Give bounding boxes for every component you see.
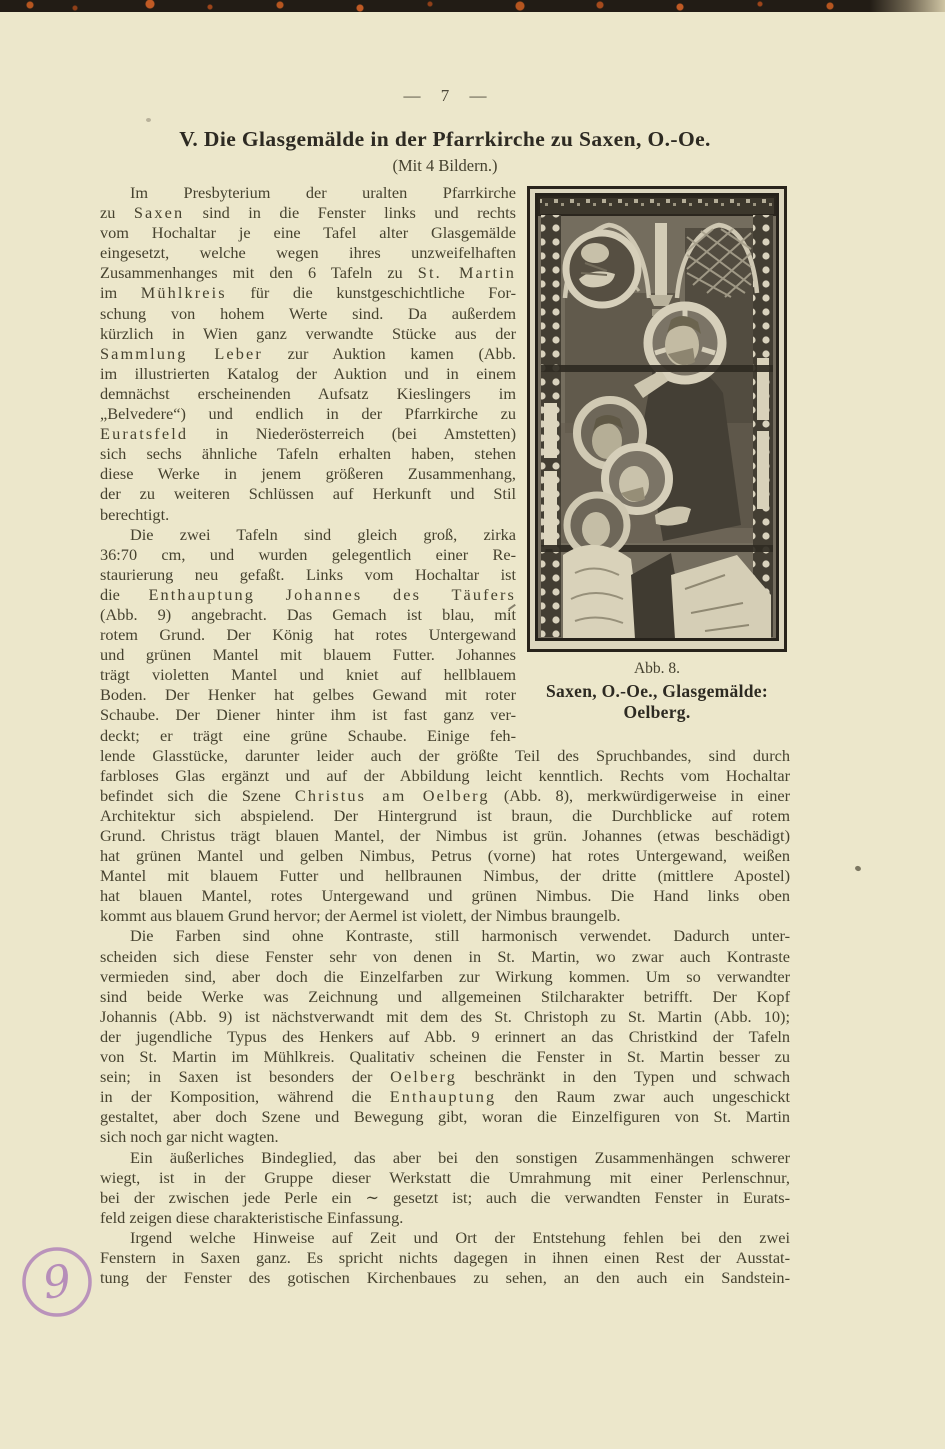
- emphasized-text: Christus am Oelberg: [295, 786, 490, 805]
- text-line: bei der zwischen jede Perle ein ∼ gesetz…: [100, 1188, 790, 1208]
- text-segment: hat blauen Mantel, rotes Untergewand und…: [100, 886, 790, 905]
- text-line: „Belvedere“) und endlich in der Pfarrkir…: [100, 404, 516, 424]
- emphasized-text: Enthauptung: [390, 1087, 497, 1106]
- text-segment: trägt violetten Mantel und kniet auf hel…: [100, 665, 516, 684]
- text-line: in der Komposition, während die Enthaupt…: [100, 1087, 790, 1107]
- text-line: Euratsfeld in Niederösterreich (bei Amst…: [100, 424, 516, 444]
- text-segment: Die Farben sind ohne Kontraste, still ha…: [130, 926, 790, 945]
- text-segment: die: [100, 585, 148, 604]
- text-segment: sind in die Fenster links und rechts: [184, 203, 516, 222]
- text-segment: im illustrierten Katalog der Auktion und…: [100, 364, 516, 383]
- text-line: kürzlich in Wien ganz verwandte Stücke a…: [100, 324, 516, 344]
- paper-speck: [854, 865, 861, 872]
- figure-caption-title-line2: Oelberg.: [497, 702, 817, 723]
- text-segment: schung von hohem Werte sind. Da außerdem: [100, 304, 516, 323]
- book-edge-band: [0, 0, 945, 12]
- text-line: Irgend welche Hinweise auf Zeit und Ort …: [100, 1228, 790, 1248]
- text-segment: deckt; er trägt eine grüne Schaube. Eini…: [100, 726, 516, 745]
- text-line: Architektur sich abspielend. Der Hinterg…: [100, 806, 790, 826]
- text-segment: Fenstern in Saxen ganz. Es spricht nicht…: [100, 1248, 790, 1267]
- text-segment: der zu weiteren Schlüssen auf Herkunft u…: [100, 484, 516, 503]
- text-segment: rotem Grund. Der König hat rotes Unterge…: [100, 625, 516, 644]
- text-line: sich noch gar nicht wagten.: [100, 1127, 790, 1147]
- text-line: Im Presbyterium der uralten Pfarrkirche: [100, 183, 516, 203]
- paper-speck: [146, 118, 151, 122]
- text-line: schung von hohem Werte sind. Da außerdem: [100, 304, 516, 324]
- stamp-glyph: 9: [40, 1255, 75, 1309]
- text-segment: bei der zwischen jede Perle ein ∼ gesetz…: [100, 1188, 790, 1207]
- text-line: 36:70 cm, und wurden gelegentlich einer …: [100, 545, 516, 565]
- full-width-column: lende Glasstücke, darunter leider auch d…: [100, 746, 790, 1289]
- text-segment: zu: [100, 203, 134, 222]
- text-segment: hat grünen Mantel und gelben Nimbus, Pet…: [100, 846, 790, 865]
- text-line: vermieden sind, aber doch die Einzelfarb…: [100, 967, 790, 987]
- text-segment: sein; in Saxen ist besonders der: [100, 1067, 390, 1086]
- text-line: Grund. Christus trägt blauen Mantel, der…: [100, 826, 790, 846]
- text-line: und grünen Mantel mit blauem Futter. Joh…: [100, 645, 516, 665]
- emphasized-text: Euratsfeld: [100, 424, 188, 443]
- text-line: tung der Fenster des gotischen Kirchenba…: [100, 1268, 790, 1288]
- emphasized-text: Oelberg: [390, 1067, 457, 1086]
- text-line: hat grünen Mantel und gelben Nimbus, Pet…: [100, 846, 790, 866]
- text-line: sein; in Saxen ist besonders der Oelberg…: [100, 1067, 790, 1087]
- text-line: Johannis (Abb. 9) ist nächstverwandt mit…: [100, 1007, 790, 1027]
- text-segment: beschränkt in den Typen und schwach: [457, 1067, 790, 1086]
- text-segment: vom Hochaltar je eine Tafel alter Glasge…: [100, 223, 516, 242]
- text-segment: Mantel mit blauem Futter und hellbraunen…: [100, 866, 790, 885]
- text-line: eingesetzt, welche wegen ihres unzweifel…: [100, 243, 516, 263]
- text-line: diese Werke in jenem größeren Zusammenha…: [100, 464, 516, 484]
- text-line: hat blauen Mantel, rotes Untergewand und…: [100, 886, 790, 906]
- text-segment: Grund. Christus trägt blauen Mantel, der…: [100, 826, 790, 845]
- text-line: Mantel mit blauem Futter und hellbraunen…: [100, 866, 790, 886]
- text-line: deckt; er trägt eine grüne Schaube. Eini…: [100, 726, 516, 746]
- text-segment: 36:70 cm, und wurden gelegentlich einer …: [100, 545, 516, 564]
- stamp-graphic: 9: [18, 1242, 96, 1322]
- text-segment: lende Glasstücke, darunter leider auch d…: [100, 746, 790, 765]
- text-line: befindet sich die Szene Christus am Oelb…: [100, 786, 790, 806]
- text-line: scheiden sich diese Fenster sehr von den…: [100, 947, 790, 967]
- text-segment: sich sechs ähnliche Tafeln erhalten habe…: [100, 444, 516, 463]
- text-segment: den Raum zwar auch ungeschickt: [496, 1087, 790, 1106]
- text-line: Die zwei Tafeln sind gleich groß, zirka: [100, 525, 516, 545]
- scanned-book-page: — 7 — V. Die Glasgemälde in der Pfarrkir…: [0, 0, 945, 1449]
- text-segment: scheiden sich diese Fenster sehr von den…: [100, 947, 790, 966]
- text-line: (Abb. 9) angebracht. Das Gemach ist blau…: [100, 605, 516, 625]
- text-line: Schaube. Der Diener hinter ihm ist fast …: [100, 705, 516, 725]
- text-line: sind beide Werke was Zeichnung und allge…: [100, 987, 790, 1007]
- text-segment: befindet sich die Szene: [100, 786, 295, 805]
- text-segment: Irgend welche Hinweise auf Zeit und Ort …: [130, 1228, 790, 1247]
- emphasized-text: Saxen: [134, 203, 184, 222]
- text-line: gestaltet, aber doch Szene und Bewegung …: [100, 1107, 790, 1127]
- text-segment: und grünen Mantel mit blauem Futter. Joh…: [100, 645, 516, 664]
- chapter-title: V. Die Glasgemälde in der Pfarrkirche zu…: [70, 127, 820, 152]
- text-line: Zusammenhanges mit den 6 Tafeln zu St. M…: [100, 263, 516, 283]
- text-segment: (Abb. 8), merkwürdigerweise in einer: [490, 786, 790, 805]
- text-line: der zu weiteren Schlüssen auf Herkunft u…: [100, 484, 516, 504]
- emphasized-text: St. Martin: [418, 263, 516, 282]
- text-segment: (Abb. 9) angebracht. Das Gemach ist blau…: [100, 605, 516, 624]
- text-segment: tung der Fenster des gotischen Kirchenba…: [100, 1268, 790, 1287]
- emphasized-text: Mühlkreis: [141, 283, 227, 302]
- text-segment: „Belvedere“) und endlich in der Pfarrkir…: [100, 404, 516, 423]
- text-segment: wiegt, ist in der Gruppe dieser Werkstat…: [100, 1168, 790, 1187]
- text-segment: in der Komposition, während die: [100, 1087, 390, 1106]
- text-segment: im: [100, 283, 141, 302]
- text-line: berechtigt.: [100, 505, 516, 525]
- text-segment: vermieden sind, aber doch die Einzelfarb…: [100, 967, 790, 986]
- figure-caption-index: Abb. 8.: [497, 660, 817, 678]
- text-segment: Boden. Der Henker hat gelbes Gewand mit …: [100, 685, 516, 704]
- text-line: Sammlung Leber zur Auktion kamen (Abb.: [100, 344, 516, 364]
- text-segment: demnächst erscheinenden Aufsatz Kiesling…: [100, 384, 516, 403]
- text-segment: von St. Martin im Mühlkreis. Qualitativ …: [100, 1047, 790, 1066]
- text-line: der jugendliche Typus des Henkers auf Ab…: [100, 1027, 790, 1047]
- text-segment: eingesetzt, welche wegen ihres unzweifel…: [100, 243, 516, 262]
- text-segment: berechtigt.: [100, 505, 169, 524]
- text-segment: Ein äußerliches Bindeglied, das aber bei…: [130, 1148, 790, 1167]
- text-line: zu Saxen sind in die Fenster links und r…: [100, 203, 516, 223]
- text-line: Boden. Der Henker hat gelbes Gewand mit …: [100, 685, 516, 705]
- text-line: im illustrierten Katalog der Auktion und…: [100, 364, 516, 384]
- text-segment: Johannis (Abb. 9) ist nächstverwandt mit…: [100, 1007, 790, 1026]
- text-line: demnächst erscheinenden Aufsatz Kiesling…: [100, 384, 516, 404]
- text-segment: zur Auktion kamen (Abb.: [263, 344, 516, 363]
- text-segment: sind beide Werke was Zeichnung und allge…: [100, 987, 790, 1006]
- figure-caption: Abb. 8. Saxen, O.-Oe., Glasgemälde: Oelb…: [497, 660, 817, 723]
- text-segment: kürzlich in Wien ganz verwandte Stücke a…: [100, 324, 516, 343]
- chapter-subtitle: (Mit 4 Bildern.): [100, 156, 790, 176]
- text-segment: Zusammenhanges mit den 6 Tafeln zu: [100, 263, 418, 282]
- text-segment: farbloses Glas ergänzt und auf der Abbil…: [100, 766, 790, 785]
- text-line: im Mühlkreis für die kunstgeschichtliche…: [100, 283, 516, 303]
- text-line: farbloses Glas ergänzt und auf der Abbil…: [100, 766, 790, 786]
- narrow-column: Im Presbyterium der uralten Pfarrkirchez…: [100, 183, 516, 746]
- text-line: Die Farben sind ohne Kontraste, still ha…: [100, 926, 790, 946]
- text-line: von St. Martin im Mühlkreis. Qualitativ …: [100, 1047, 790, 1067]
- text-line: Fenstern in Saxen ganz. Es spricht nicht…: [100, 1248, 790, 1268]
- text-segment: in Niederösterreich (bei Amstetten): [188, 424, 516, 443]
- photo-frame: [527, 186, 787, 652]
- text-segment: gestaltet, aber doch Szene und Bewegung …: [100, 1107, 790, 1126]
- text-segment: Im Presbyterium der uralten Pfarrkirche: [130, 183, 516, 202]
- text-line: die Enthauptung Johannes des Täufers: [100, 585, 516, 605]
- figure-caption-title-line1: Saxen, O.-Oe., Glasgemälde:: [497, 681, 817, 702]
- text-segment: Schaube. Der Diener hinter ihm ist fast …: [100, 705, 516, 724]
- text-segment: Die zwei Tafeln sind gleich groß, zirka: [130, 525, 516, 544]
- text-line: vom Hochaltar je eine Tafel alter Glasge…: [100, 223, 516, 243]
- text-line: feld zeigen diese charakteristische Einf…: [100, 1208, 790, 1228]
- figure-abb8: [527, 186, 787, 652]
- emphasized-text: Enthauptung Johannes des Täufers: [148, 585, 516, 604]
- text-segment: Architektur sich abspielend. Der Hinterg…: [100, 806, 790, 825]
- text-line: sich sechs ähnliche Tafeln erhalten habe…: [100, 444, 516, 464]
- text-segment: der jugendliche Typus des Henkers auf Ab…: [100, 1027, 790, 1046]
- text-segment: diese Werke in jenem größeren Zusammenha…: [100, 464, 516, 483]
- text-line: Ein äußerliches Bindeglied, das aber bei…: [100, 1148, 790, 1168]
- text-segment: feld zeigen diese charakteristische Einf…: [100, 1208, 403, 1227]
- stained-glass-photo: [535, 193, 779, 641]
- text-segment: sich noch gar nicht wagten.: [100, 1127, 279, 1146]
- library-stamp: 9: [18, 1242, 96, 1327]
- text-line: staurierung neu gefaßt. Links vom Hochal…: [100, 565, 516, 585]
- text-line: kommt aus blauem Grund hervor; der Aerme…: [100, 906, 790, 926]
- text-segment: für die kunstgeschichtliche For-: [227, 283, 516, 302]
- emphasized-text: Sammlung Leber: [100, 344, 263, 363]
- text-line: wiegt, ist in der Gruppe dieser Werkstat…: [100, 1168, 790, 1188]
- text-line: lende Glasstücke, darunter leider auch d…: [100, 746, 790, 766]
- text-segment: staurierung neu gefaßt. Links vom Hochal…: [100, 565, 516, 584]
- text-line: rotem Grund. Der König hat rotes Unterge…: [100, 625, 516, 645]
- page-number: — 7 —: [100, 86, 790, 106]
- text-line: trägt violetten Mantel und kniet auf hel…: [100, 665, 516, 685]
- text-segment: kommt aus blauem Grund hervor; der Aerme…: [100, 906, 620, 925]
